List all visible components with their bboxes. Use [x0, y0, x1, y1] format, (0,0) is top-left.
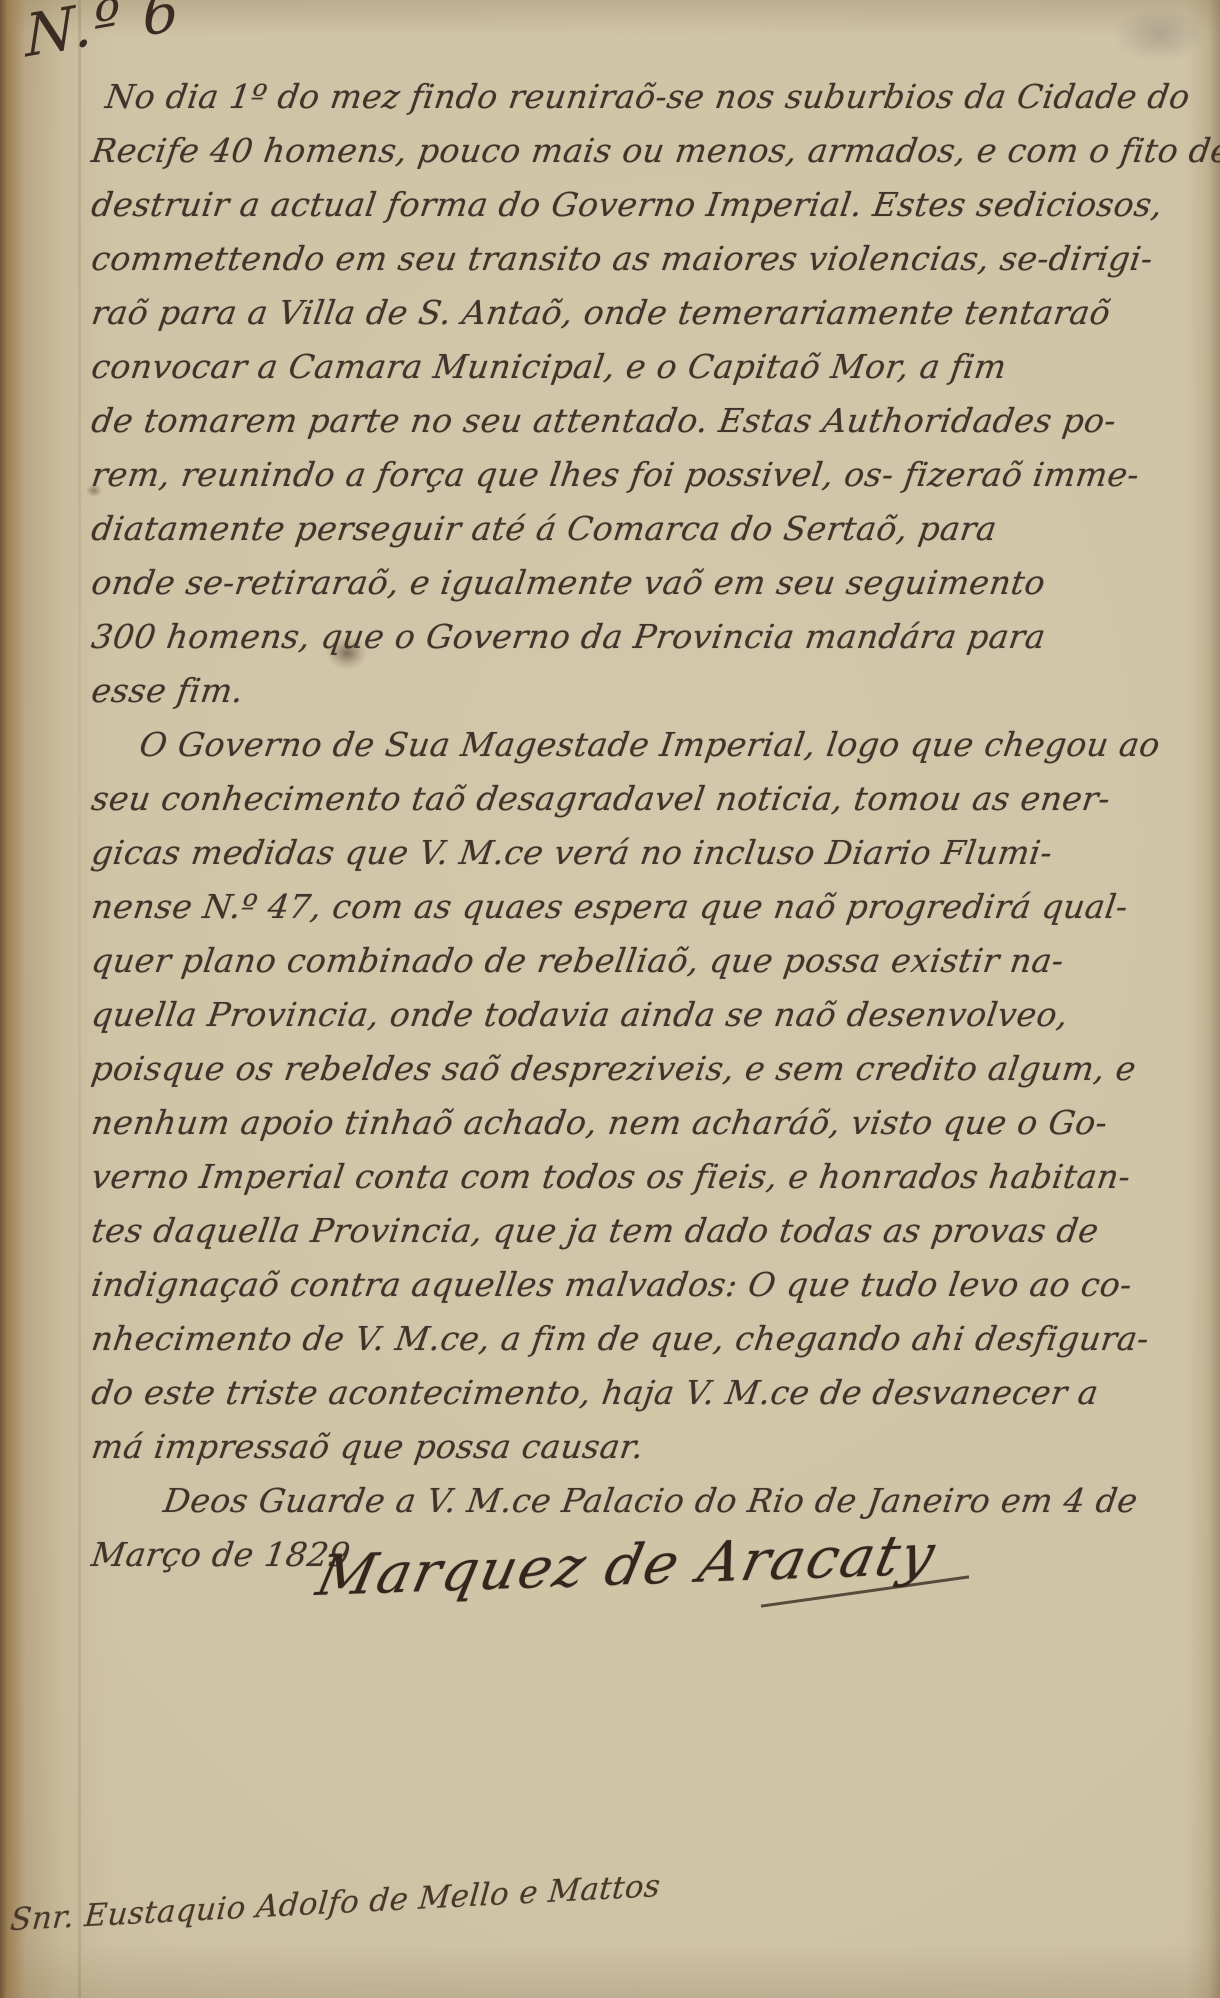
manuscript-line: verno Imperial conta com todos os fieis,…: [88, 1150, 1216, 1204]
manuscript-line: 300 homens, que o Governo da Provincia m…: [88, 610, 1216, 664]
manuscript-line: O Governo de Sua Magestade Imperial, log…: [88, 718, 1216, 772]
manuscript-line: indignaçaõ contra aquelles malvados: O q…: [88, 1258, 1216, 1312]
manuscript-line: commettendo em seu transito as maiores v…: [88, 232, 1216, 286]
manuscript-line: No dia 1º do mez findo reuniraõ-se nos s…: [88, 70, 1216, 124]
manuscript-line: esse fim.: [88, 664, 1216, 718]
letter-body: No dia 1º do mez findo reuniraõ-se nos s…: [88, 70, 1208, 1582]
manuscript-line: do este triste acontecimento, haja V. M.…: [88, 1366, 1216, 1420]
manuscript-line: tes daquella Provincia, que ja tem dado …: [88, 1204, 1216, 1258]
manuscript-line: má impressaõ que possa causar.: [88, 1420, 1216, 1474]
paper-crease: [78, 0, 81, 1998]
manuscript-line: nhecimento de V. M.ce, a fim de que, che…: [88, 1312, 1216, 1366]
addressee-line: Snr. Eustaquio Adolfo de Mello e Mattos: [9, 1868, 662, 1938]
manuscript-line: rem, reunindo a força que lhes foi possi…: [88, 448, 1216, 502]
manuscript-line: Recife 40 homens, pouco mais ou menos, a…: [88, 124, 1216, 178]
manuscript-line: gicas medidas que V. M.ce verá no inclus…: [88, 826, 1216, 880]
manuscript-line: onde se-retiraraõ, e igualmente vaõ em s…: [88, 556, 1216, 610]
manuscript-line: seu conhecimento taõ desagradavel notici…: [88, 772, 1216, 826]
manuscript-line: poisque os rebeldes saõ despreziveis, e …: [88, 1042, 1216, 1096]
closing-line: Deos Guarde a V. M.ce Palacio do Rio de …: [88, 1474, 1216, 1528]
manuscript-line: de tomarem parte no seu attentado. Estas…: [88, 394, 1216, 448]
manuscript-line: quella Provincia, onde todavia ainda se …: [88, 988, 1216, 1042]
manuscript-line: diatamente perseguir até á Comarca do Se…: [88, 502, 1216, 556]
manuscript-line: quer plano combinado de rebelliaõ, que p…: [88, 934, 1216, 988]
manuscript-line: nenhum apoio tinhaõ achado, nem acharáõ,…: [88, 1096, 1216, 1150]
manuscript-page: N.º 6 No dia 1º do mez findo reuniraõ-se…: [0, 0, 1220, 1998]
manuscript-line: nense N.º 47, com as quaes espera que na…: [88, 880, 1216, 934]
manuscript-line: convocar a Camara Municipal, e o Capitaõ…: [88, 340, 1216, 394]
document-number: N.º 6: [24, 0, 182, 71]
manuscript-line: raõ para a Villa de S. Antaõ, onde temer…: [88, 286, 1216, 340]
manuscript-line: destruir a actual forma do Governo Imper…: [88, 178, 1216, 232]
